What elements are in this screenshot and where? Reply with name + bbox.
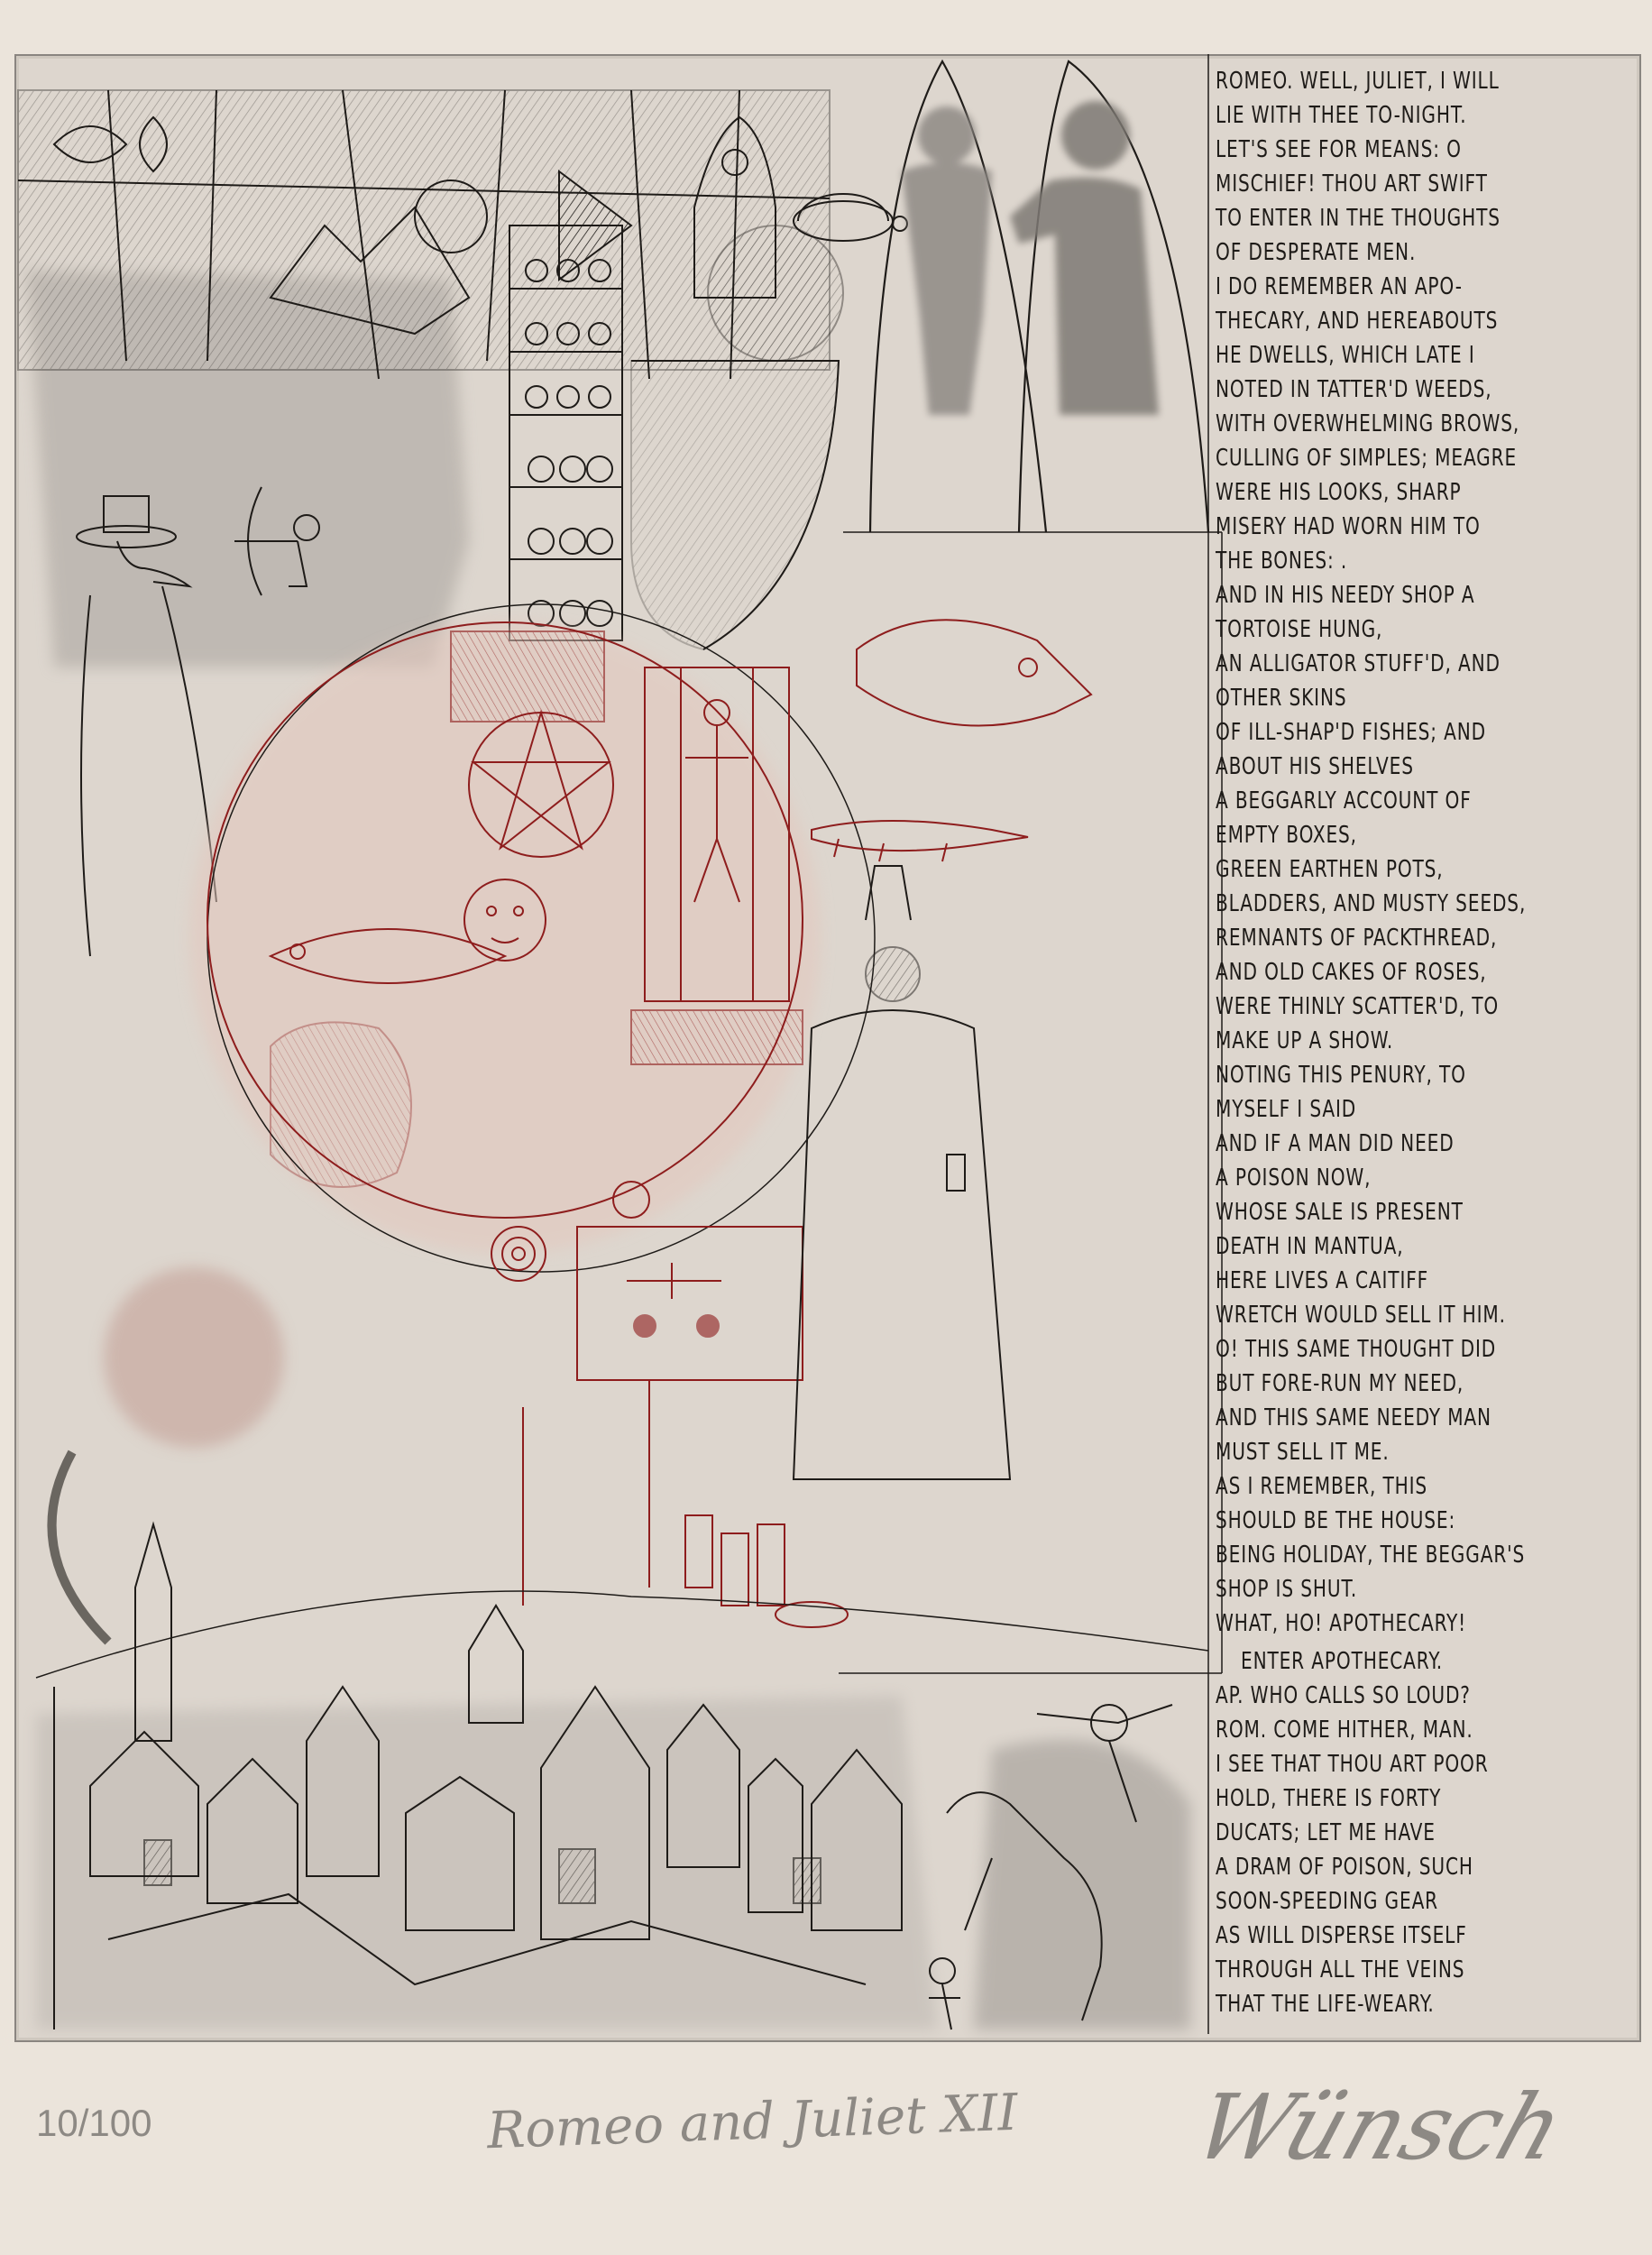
text-line: AND IF A MAN DID NEED	[1216, 1130, 1455, 1157]
apothecary-figure	[794, 866, 1010, 1479]
text-line: BEING HOLIDAY, THE BEGGAR'S	[1216, 1542, 1525, 1569]
text-line: O! THIS SAME THOUGHT DID	[1216, 1336, 1496, 1363]
church-tower-icon	[135, 1524, 171, 1741]
text-line: WHAT, HO! APOTHECARY!	[1216, 1610, 1466, 1637]
text-line: AP. WHO CALLS SO LOUD?	[1216, 1682, 1471, 1709]
text-line: AS WILL DISPERSE ITSELF	[1216, 1922, 1467, 1949]
text-line: THROUGH ALL THE VEINS	[1216, 1956, 1464, 1983]
text-line: ROM. COME HITHER, MAN.	[1216, 1717, 1473, 1744]
text-line: WRETCH WOULD SELL IT HIM.	[1216, 1302, 1506, 1329]
text-line: THAT THE LIFE-WEARY.	[1216, 1991, 1435, 2018]
text-line: A POISON NOW,	[1216, 1164, 1371, 1192]
crescent-moon-icon	[52, 1452, 109, 1642]
ill-shaped-fish-icon	[857, 620, 1091, 725]
scales-icon	[577, 1227, 803, 1380]
text-line: THE BONES: .	[1216, 548, 1347, 575]
text-line: BUT FORE-RUN MY NEED,	[1216, 1370, 1464, 1397]
text-line: HERE LIVES A CAITIFF	[1216, 1267, 1428, 1294]
apothecary-pots	[523, 1380, 848, 1627]
text-line: EMPTY BOXES,	[1216, 822, 1357, 849]
text-line: TO ENTER IN THE THOUGHTS	[1216, 205, 1501, 232]
text-line: DUCATS; LET ME HAVE	[1216, 1819, 1436, 1846]
text-line: LIE WITH THEE TO-NIGHT.	[1216, 102, 1467, 129]
edition-number: 10/100	[36, 2102, 151, 2145]
shadow-figure-juliet	[1010, 101, 1159, 415]
town-of-mantua	[36, 1524, 938, 2029]
text-line: A BEGGARLY ACCOUNT OF	[1216, 787, 1472, 815]
text-line: AS I REMEMBER, THIS	[1216, 1473, 1427, 1500]
moon-wash	[104, 1267, 284, 1448]
text-line: LET'S SEE FOR MEANS: O	[1216, 136, 1462, 163]
text-line: I DO REMEMBER AN APO-	[1216, 273, 1463, 300]
text-line: MISCHIEF! THOU ART SWIFT	[1216, 170, 1488, 198]
text-line: OTHER SKINS	[1216, 685, 1346, 712]
red-zodiac-medallion	[189, 604, 1091, 1380]
text-line: OF ILL-SHAP'D FISHES; AND	[1216, 719, 1486, 746]
stage-direction: ENTER APOTHECARY.	[1241, 1648, 1443, 1675]
text-line: A DRAM OF POISON, SUCH	[1216, 1854, 1473, 1881]
text-panel-borders	[839, 532, 1222, 1673]
text-line: BLADDERS, AND MUSTY SEEDS,	[1216, 890, 1526, 917]
text-line: SOON-SPEEDING GEAR	[1216, 1888, 1438, 1915]
shadow-figure-romeo	[902, 106, 992, 415]
text-line: SHOULD BE THE HOUSE:	[1216, 1507, 1455, 1534]
text-line: SHOP IS SHUT.	[1216, 1576, 1357, 1603]
death-rider	[929, 1705, 1190, 2029]
text-line: WERE HIS LOOKS, SHARP	[1216, 479, 1462, 506]
text-line: ROMEO. WELL, JULIET, I WILL	[1216, 68, 1500, 95]
text-line: ABOUT HIS SHELVES	[1216, 753, 1414, 780]
text-line: NOTING THIS PENURY, TO	[1216, 1062, 1466, 1089]
text-line: MAKE UP A SHOW.	[1216, 1027, 1393, 1054]
alligator-icon	[812, 821, 1028, 861]
text-line: GREEN EARTHEN POTS,	[1216, 856, 1444, 883]
text-line: AND OLD CAKES OF ROSES,	[1216, 959, 1486, 986]
text-line: HE DWELLS, WHICH LATE I	[1216, 342, 1475, 369]
text-line: MUST SELL IT ME.	[1216, 1439, 1390, 1466]
text-line: TORTOISE HUNG,	[1216, 616, 1382, 643]
text-line: WERE THINLY SCATTER'D, TO	[1216, 993, 1499, 1020]
text-panel-romeo-apothecary-scene: ROMEO. WELL, JULIET, I WILL LIE WITH THE…	[1208, 68, 1569, 2025]
text-line: CULLING OF SIMPLES; MEAGRE	[1216, 445, 1517, 472]
text-line: WHOSE SALE IS PRESENT	[1216, 1199, 1464, 1226]
text-line: OF DESPERATE MEN.	[1216, 239, 1416, 266]
artist-signature: Wünsch	[1182, 2075, 1576, 2180]
text-line: AND THIS SAME NEEDY MAN	[1216, 1404, 1491, 1431]
text-line: REMNANTS OF PACKTHREAD,	[1216, 925, 1497, 952]
text-line: MISERY HAD WORN HIM TO	[1216, 513, 1481, 540]
text-line: DEATH IN MANTUA,	[1216, 1233, 1403, 1260]
vial-icon	[947, 1155, 965, 1191]
text-line: I SEE THAT THOU ART POOR	[1216, 1751, 1489, 1778]
text-line: AND IN HIS NEEDY SHOP A	[1216, 582, 1474, 609]
gothic-arches	[870, 54, 1208, 2034]
text-line: MYSELF I SAID	[1216, 1096, 1356, 1123]
text-line: NOTED IN TATTER'D WEEDS,	[1216, 376, 1492, 403]
text-line: WITH OVERWHELMING BROWS,	[1216, 410, 1519, 437]
text-line: AN ALLIGATOR STUFF'D, AND	[1216, 650, 1501, 677]
text-line: HOLD, THERE IS FORTY	[1216, 1785, 1441, 1812]
horizon-line	[36, 1591, 1208, 1678]
text-line: THECARY, AND HEREABOUTS	[1216, 308, 1498, 335]
